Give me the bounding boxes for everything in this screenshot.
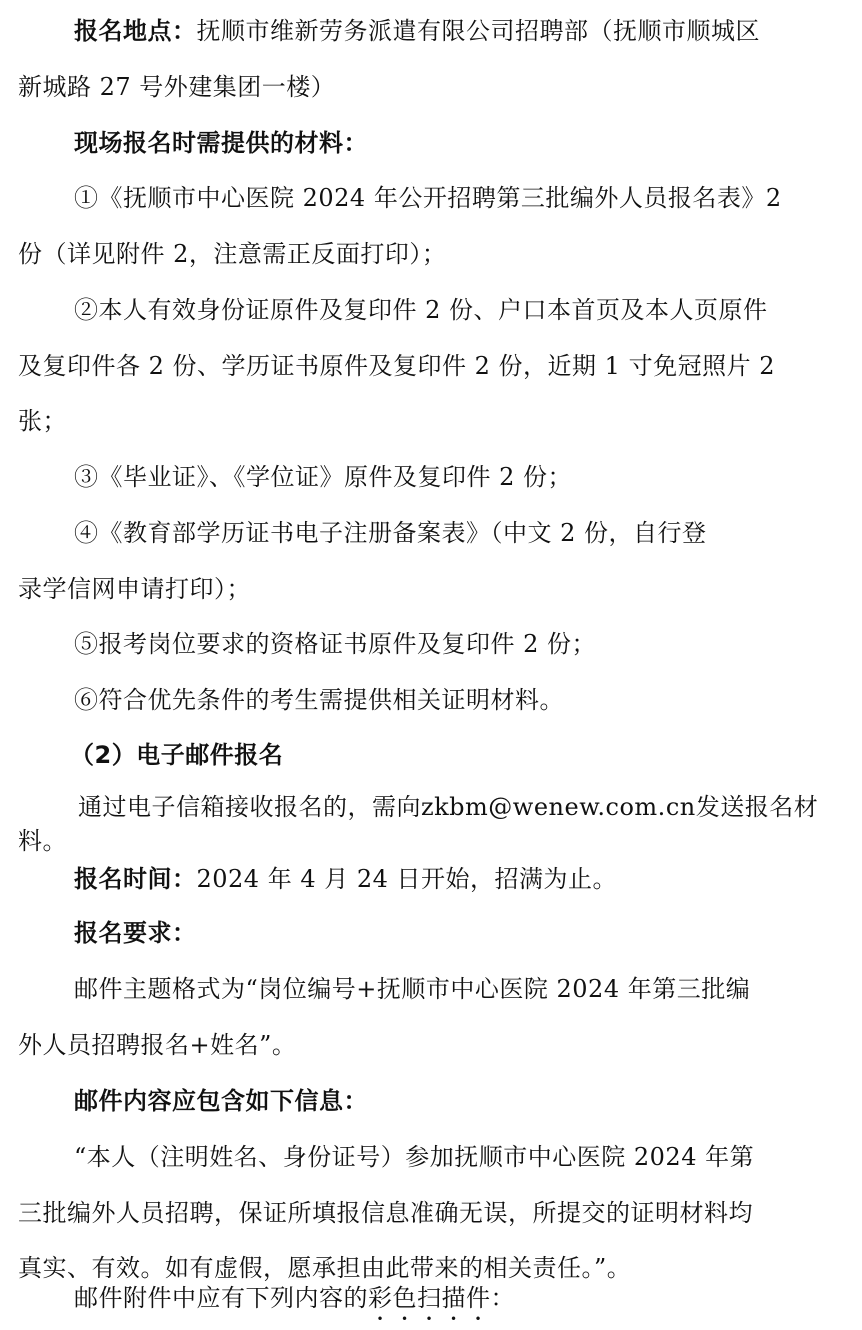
registration-location-text: 抚顺市维新劳务派遣有限公司招聘部（抚顺市顺城区 — [197, 17, 761, 45]
material-item-6: ⑥符合优先条件的考生需提供相关证明材料。 — [74, 685, 848, 715]
subject-format: 邮件主题格式为“岗位编号+抚顺市中心医院 2024 年第三批编 — [74, 974, 848, 1004]
material-item-1-cont: 份（详见附件 2，注意需正反面打印）； — [18, 239, 848, 269]
email-section-heading: （2）电子邮件报名 — [70, 740, 848, 770]
registration-time-label: 报名时间： — [74, 865, 197, 893]
attachment-line: 邮件附件中应有下列内容的彩色扫描件： — [74, 1283, 848, 1326]
registration-location: 报名地点：抚顺市维新劳务派遣有限公司招聘部（抚顺市顺城区 — [74, 16, 848, 46]
registration-location-label: 报名地点： — [74, 17, 197, 45]
email-intro-cont: 料。 — [18, 826, 848, 856]
content-statement: “本人（注明姓名、身份证号）参加抚顺市中心医院 2024 年第 — [74, 1142, 848, 1172]
attachment-suffix: ： — [491, 1284, 516, 1312]
registration-location-cont: 新城路 27 号外建集团一楼） — [18, 72, 848, 102]
onsite-materials-heading: 现场报名时需提供的材料： — [74, 128, 848, 158]
attachment-emphasis: 彩色扫描件 — [368, 1284, 491, 1312]
requirements-heading: 报名要求： — [74, 918, 848, 948]
email-intro: 通过电子信箱接收报名的，需向zkbm@wenew.com.cn发送报名材 — [78, 792, 848, 822]
material-item-1: ①《抚顺市中心医院 2024 年公开招聘第三批编外人员报名表》2 — [74, 183, 848, 213]
material-item-5: ⑤报考岗位要求的资格证书原件及复印件 2 份； — [74, 629, 848, 659]
material-item-4: ④《教育部学历证书电子注册备案表》（中文 2 份，自行登 — [74, 518, 848, 548]
material-item-3: ③《毕业证》、《学位证》原件及复印件 2 份； — [74, 462, 848, 492]
content-statement-cont2: 真实、有效。如有虚假，愿承担由此带来的相关责任。”。 — [18, 1253, 848, 1283]
registration-time-text: 2024 年 4 月 24 日开始，招满为止。 — [197, 865, 618, 893]
content-statement-cont: 三批编外人员招聘，保证所填报信息准确无误，所提交的证明材料均 — [18, 1198, 848, 1228]
registration-time: 报名时间：2024 年 4 月 24 日开始，招满为止。 — [74, 864, 848, 894]
material-item-2: ②本人有效身份证原件及复印件 2 份、户口本首页及本人页原件 — [74, 295, 848, 325]
material-item-2-cont2: 张； — [18, 406, 848, 436]
subject-format-cont: 外人员招聘报名+姓名”。 — [18, 1030, 848, 1060]
attachment-prefix: 邮件附件中应有下列内容的 — [74, 1284, 368, 1312]
content-heading: 邮件内容应包含如下信息： — [74, 1086, 848, 1116]
material-item-4-cont: 录学信网申请打印）； — [18, 574, 848, 604]
material-item-2-cont: 及复印件各 2 份、学历证书原件及复印件 2 份，近期 1 寸免冠照片 2 — [18, 351, 848, 381]
